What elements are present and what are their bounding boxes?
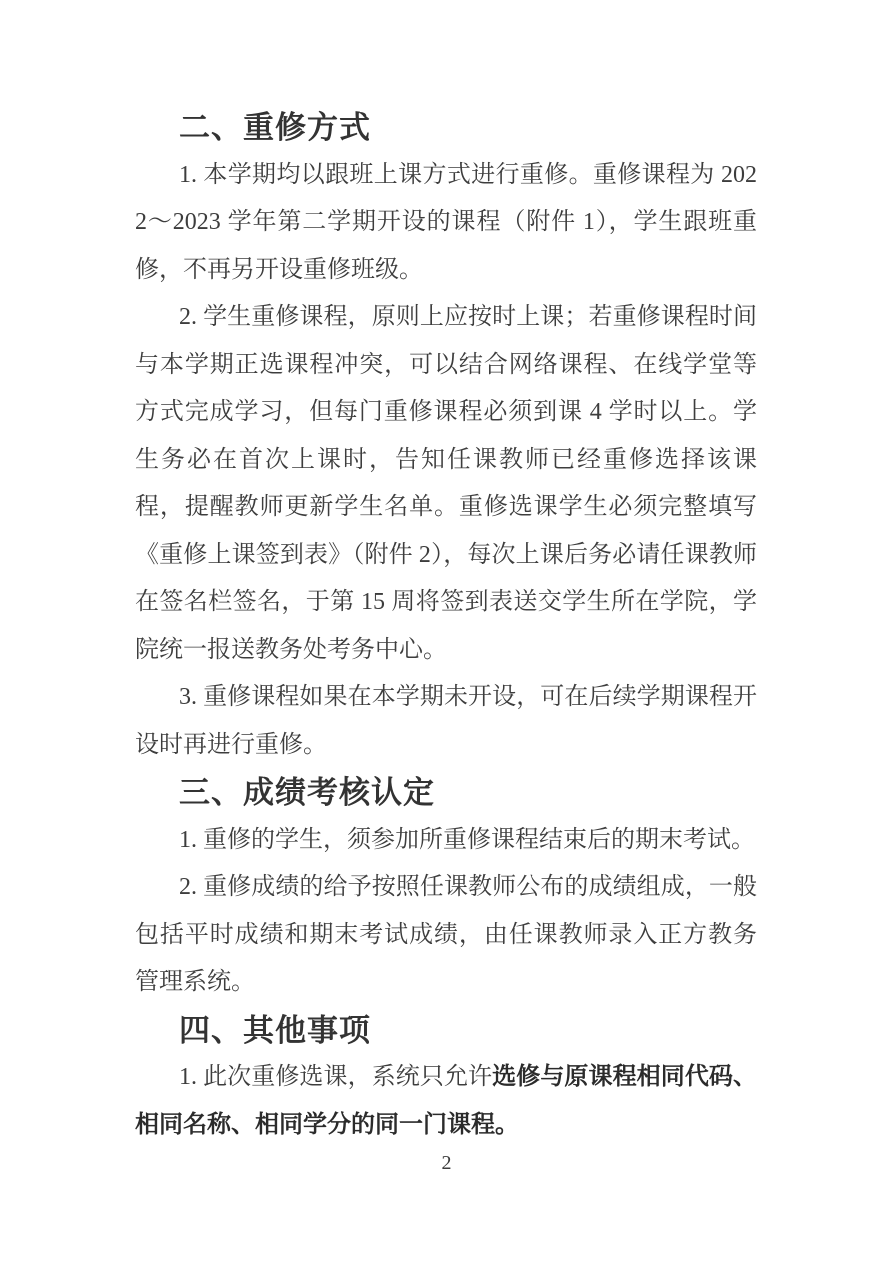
page-content: 二、重修方式 1. 本学期均以跟班上课方式进行重修。重修课程为 2022～202… [135,104,757,1149]
section-3-paragraph-1: 1. 重修的学生，须参加所重修课程结束后的期末考试。 [135,817,757,865]
section-2-paragraph-2: 2. 学生重修课程，原则上应按时上课；若重修课程时间与本学期正选课程冲突，可以结… [135,294,757,674]
section-2-paragraph-1: 1. 本学期均以跟班上课方式进行重修。重修课程为 2022～2023 学年第二学… [135,152,757,295]
section-4-paragraph-1: 1. 此次重修选课，系统只允许选修与原课程相同代码、相同名称、相同学分的同一门课… [135,1054,757,1149]
page-background: 二、重修方式 1. 本学期均以跟班上课方式进行重修。重修课程为 2022～202… [0,0,893,1263]
section-3-heading: 三、成绩考核认定 [135,769,757,817]
document-page: { "page": { "background_color": "#ffffff… [0,0,893,1263]
section-3-paragraph-2: 2. 重修成绩的给予按照任课教师公布的成绩组成，一般包括平时成绩和期末考试成绩，… [135,864,757,1007]
section-2-paragraph-3: 3. 重修课程如果在本学期未开设，可在后续学期课程开设时再进行重修。 [135,674,757,769]
section-4-paragraph-1-normal-text: 1. 此次重修选课，系统只允许 [179,1064,492,1090]
page-number: 2 [0,1151,893,1175]
section-4-heading: 四、其他事项 [135,1007,757,1055]
section-2-heading: 二、重修方式 [135,104,757,152]
